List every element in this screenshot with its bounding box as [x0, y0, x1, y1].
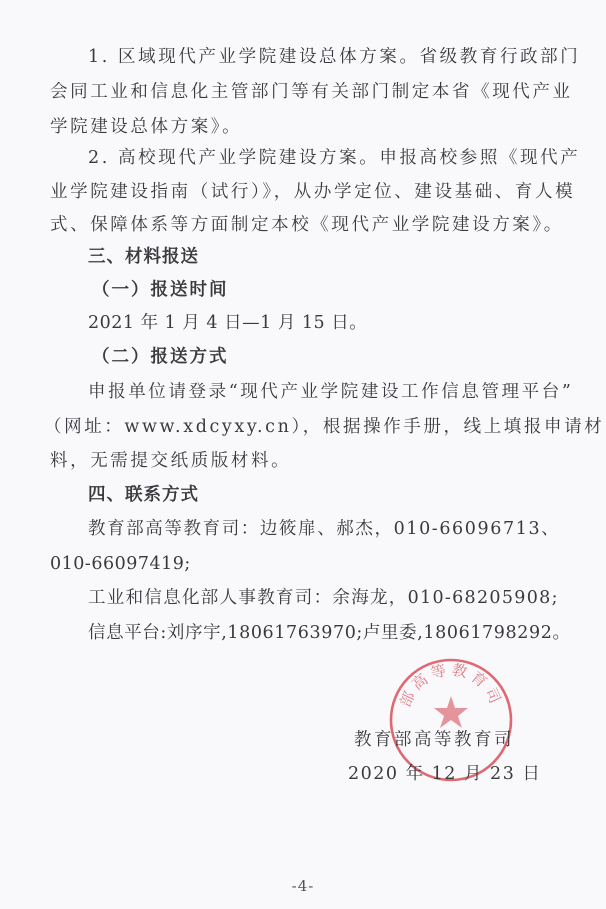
- paragraph-1-line-1: 1. 区域现代产业学院建设总体方案。省级教育行政部门: [88, 46, 600, 68]
- contact-moe-line-1: 教育部高等教育司：边筱扉、郝杰，010-66096713、: [88, 518, 600, 540]
- paragraph-2-line-1: 2. 高校现代产业学院建设方案。申报高校参照《现代产: [88, 147, 600, 169]
- submission-method-line-2: （网址：www.xdcyxy.cn），根据操作手册，线上填报申请材: [44, 416, 556, 438]
- paragraph-1-line-3: 学院建设总体方案》。: [50, 116, 562, 138]
- issue-date: 2020 年 12 月 23 日: [348, 763, 541, 785]
- paragraph-2-line-3: 式、保障体系等方面制定本校《现代产业学院建设方案》。: [50, 214, 562, 236]
- paragraph-2-line-2: 业学院建设指南（试行）》，从办学定位、建设基础、育人模: [50, 181, 562, 203]
- page-number: -4-: [0, 877, 606, 895]
- section-4-heading: 四、联系方式: [88, 484, 600, 506]
- document-page: 1. 区域现代产业学院建设总体方案。省级教育行政部门 会同工业和信息化主管部门等…: [0, 0, 606, 909]
- contact-moe-line-2: 010-66097419;: [50, 553, 562, 575]
- contact-miit: 工业和信息化部人事教育司：余海龙，010-68205908;: [88, 587, 600, 609]
- submission-method-line-1: 申报单位请登录“现代产业学院建设工作信息管理平台”: [88, 381, 600, 403]
- contact-platform: 信息平台:刘序宇,18061763970;卢里委,18061798292。: [88, 622, 600, 644]
- submission-method-line-3: 料，无需提交纸质版材料。: [50, 450, 562, 472]
- submission-dates: 2021 年 1 月 4 日—1 月 15 日。: [88, 312, 600, 334]
- issuer-signature: 教育部高等教育司: [354, 729, 514, 751]
- section-3-subheading-method: （二）报送方式: [92, 346, 604, 368]
- paragraph-1-line-2: 会同工业和信息化主管部门等有关部门制定本省《现代产业: [50, 81, 562, 103]
- section-3-subheading-time: （一）报送时间: [92, 279, 604, 301]
- section-3-heading: 三、材料报送: [88, 246, 600, 268]
